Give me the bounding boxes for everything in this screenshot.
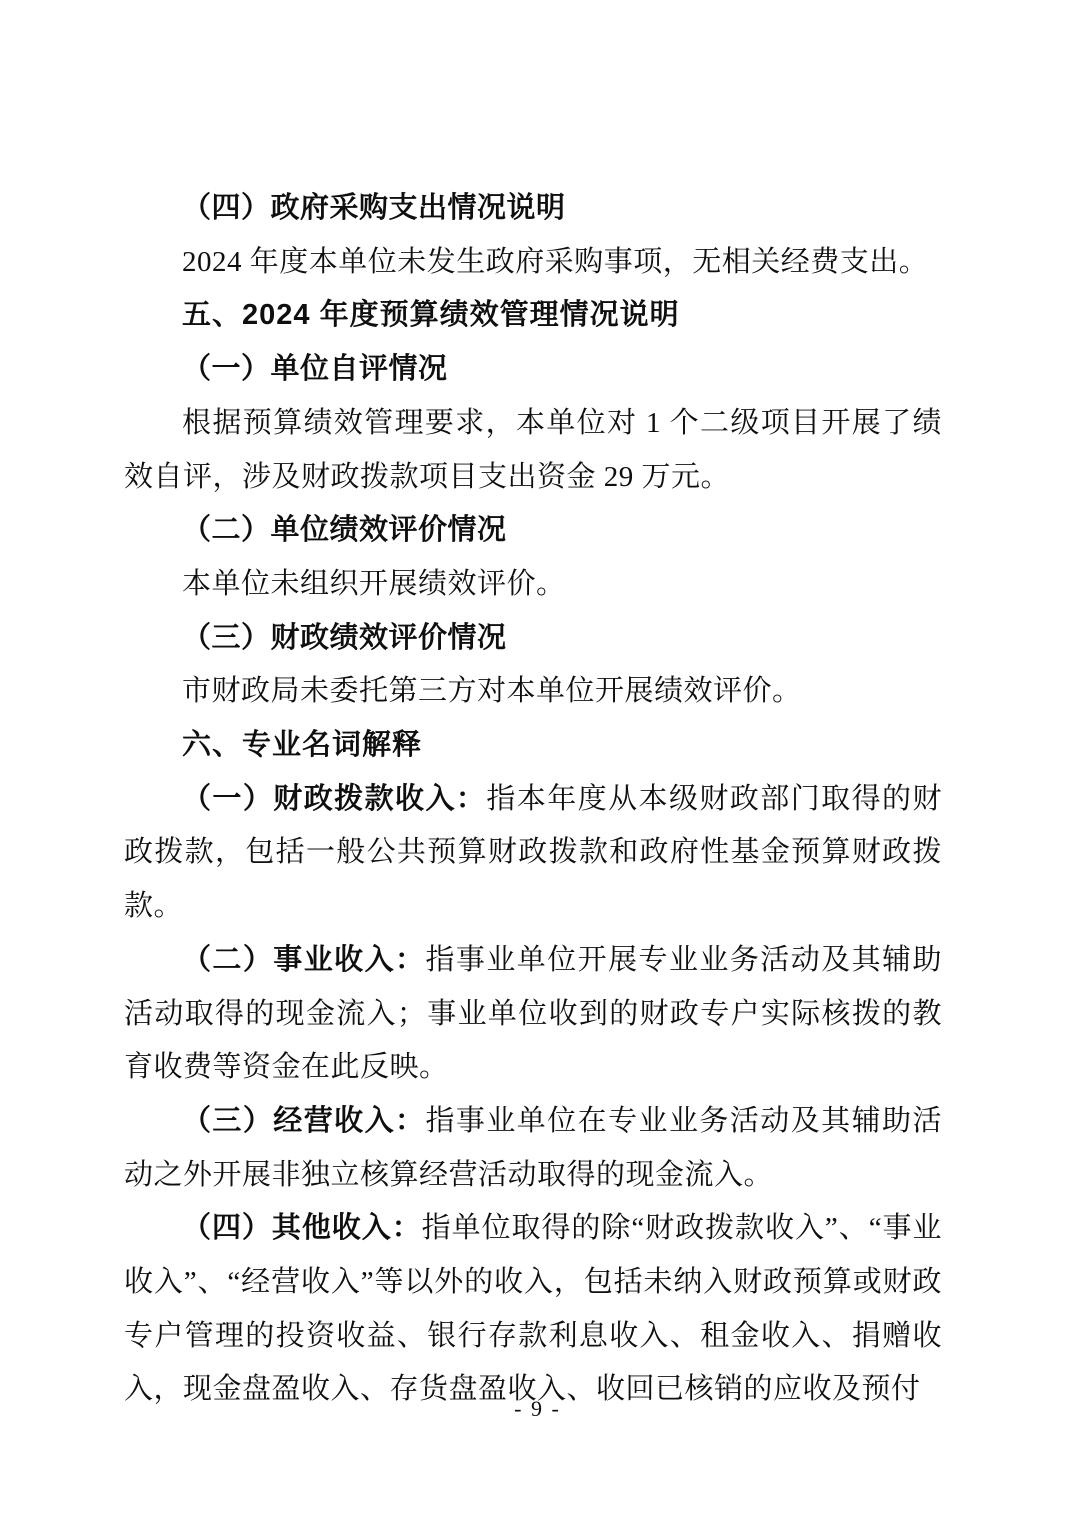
body-paragraph: 根据预算绩效管理要求，本单位对 1 个二级项目开展了绩效自评，涉及财政拨款项目支… (124, 397, 942, 504)
subsection-heading: （二）单位绩效评价情况 (124, 504, 942, 558)
document-body: （四）政府采购支出情况说明2024 年度本单位未发生政府采购事项，无相关经费支出… (124, 182, 942, 1417)
section-heading: 六、专业名词解释 (124, 719, 942, 773)
body-paragraph: 2024 年度本单位未发生政府采购事项，无相关经费支出。 (124, 236, 942, 290)
page-number: - 9 - (0, 1396, 1075, 1422)
subsection-heading: （一）单位自评情况 (124, 343, 942, 397)
definition-paragraph: （二）事业收入：指事业单位开展专业业务活动及其辅助活动取得的现金流入；事业单位收… (124, 934, 942, 1095)
definition-paragraph: （四）其他收入：指单位取得的除“财政拨款收入”、“事业收入”、“经营收入”等以外… (124, 1202, 942, 1417)
definition-term: （一）财政拨款收入： (182, 783, 486, 815)
body-paragraph: 本单位未组织开展绩效评价。 (124, 558, 942, 612)
definition-term: （四）其他收入： (182, 1212, 422, 1244)
definition-paragraph: （一）财政拨款收入：指本年度从本级财政部门取得的财政拨款，包括一般公共预算财政拨… (124, 773, 942, 934)
document-page: （四）政府采购支出情况说明2024 年度本单位未发生政府采购事项，无相关经费支出… (0, 0, 1075, 1520)
subsection-heading: （三）财政绩效评价情况 (124, 612, 942, 666)
definition-term: （三）经营收入： (182, 1105, 426, 1137)
section-heading: 五、2024 年度预算绩效管理情况说明 (124, 289, 942, 343)
body-paragraph: 市财政局未委托第三方对本单位开展绩效评价。 (124, 665, 942, 719)
definition-paragraph: （三）经营收入：指事业单位在专业业务活动及其辅助活动之外开展非独立核算经营活动取… (124, 1095, 942, 1202)
definition-term: （二）事业收入： (182, 944, 426, 976)
subsection-heading: （四）政府采购支出情况说明 (124, 182, 942, 236)
